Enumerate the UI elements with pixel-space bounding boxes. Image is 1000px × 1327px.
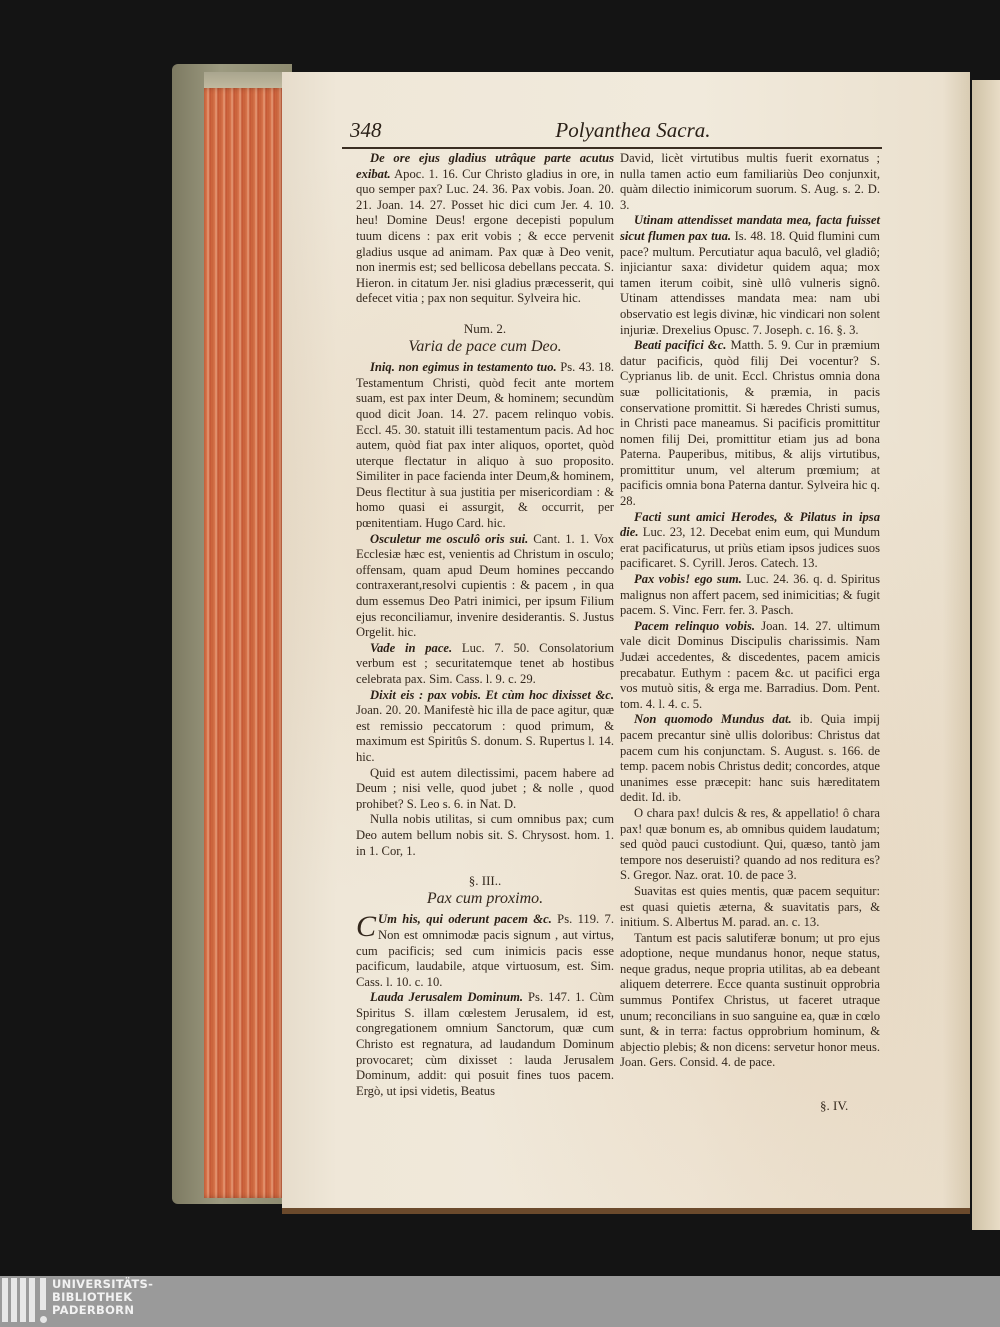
paragraph: Non quomodo Mundus dat. ib. Quia impij p… <box>620 712 880 806</box>
paragraph: Osculetur me osculô oris sui. Cant. 1. 1… <box>356 532 614 641</box>
paragraph: Iniq. non egimus in testamento tuo. Ps. … <box>356 360 614 532</box>
section-number: §. III.. <box>356 873 614 889</box>
paragraph: Suavitas est quies mentis, quæ pacem seq… <box>620 884 880 931</box>
paragraph: Beati pacifici &c. Matth. 5. 9. Cur in p… <box>620 338 880 510</box>
paragraph: CUm his, qui oderunt pacem &c. Ps. 119. … <box>356 912 614 990</box>
paragraph: Pax vobis! ego sum. Luc. 24. 36. q. d. S… <box>620 572 880 619</box>
section-title: Pax cum proximo. <box>356 891 614 907</box>
running-title: Polyanthea Sacra. <box>342 118 884 143</box>
library-logo-icon <box>2 1278 46 1324</box>
section-title: Varia de pace cum Deo. <box>356 339 614 355</box>
library-logo-text: UNIVERSITÄTS- BIBLIOTHEK PADERBORN <box>52 1278 153 1317</box>
paragraph: Utinam attendisset mandata mea, facta fu… <box>620 213 880 338</box>
library-logo-bar: UNIVERSITÄTS- BIBLIOTHEK PADERBORN <box>0 1276 1000 1327</box>
paragraph: Facti sunt amici Herodes, & Pilatus in i… <box>620 510 880 572</box>
paragraph: O chara pax! dulcis & res, & appellatio!… <box>620 806 880 884</box>
paragraph: Dixit eis : pax vobis. Et cùm hoc dixiss… <box>356 688 614 766</box>
paragraph: Tantum est pacis salutiferæ bonum; ut pr… <box>620 931 880 1071</box>
paragraph: David, licèt virtutibus multis fuerit ex… <box>620 151 880 213</box>
catchword: §. IV. <box>820 1098 848 1114</box>
paragraph: Quid est autem dilectissimi, pacem haber… <box>356 766 614 813</box>
paragraph: Lauda Jerusalem Dominum. Ps. 147. 1. Cùm… <box>356 990 614 1099</box>
paragraph: Nulla nobis utilitas, si cum omnibus pax… <box>356 812 614 859</box>
paragraph: Vade in pace. Luc. 7. 50. Consolatorium … <box>356 641 614 688</box>
running-head: 348 Polyanthea Sacra. <box>342 118 884 148</box>
drop-cap: C <box>356 914 376 940</box>
left-column: De ore ejus gladius utrâque parte acutus… <box>356 151 614 1099</box>
right-column: David, licèt virtutibus multis fuerit ex… <box>620 151 880 1071</box>
header-rule <box>342 147 882 149</box>
red-fore-edge <box>204 88 286 1198</box>
section-number: Num. 2. <box>356 321 614 337</box>
paragraph: Pacem relinquo vobis. Joan. 14. 27. ulti… <box>620 619 880 713</box>
facing-page-edge <box>972 80 1000 1230</box>
paragraph: De ore ejus gladius utrâque parte acutus… <box>356 151 614 307</box>
